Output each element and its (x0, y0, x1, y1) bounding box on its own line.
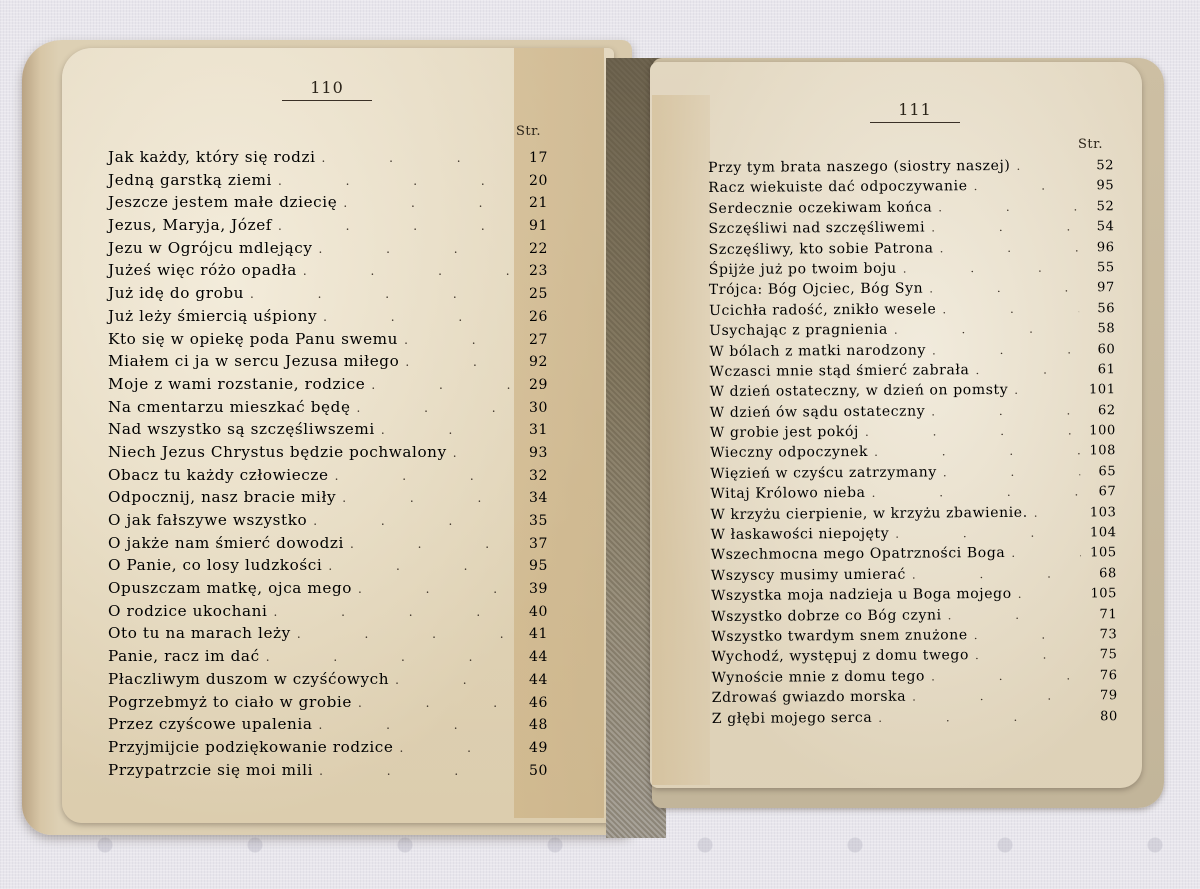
entry-title: O rodzice ukochani (108, 602, 268, 620)
entry-page-number: 97 (1085, 281, 1115, 296)
index-entry: Zdrowaś gwiazdo morska. . . . . . . . . … (712, 687, 1118, 710)
index-entry: Przez czyścowe upalenia. . . . . . . . .… (108, 715, 548, 738)
entry-page-number: 17 (522, 150, 548, 166)
entry-title: O jak fałszywe wszystko (108, 511, 307, 529)
index-entry: Witaj Królowo nieba. . . . . . . . . .67 (710, 483, 1116, 506)
index-entry: W dzień ów sądu ostateczny. . . . . . . … (710, 402, 1116, 425)
dot-leader: . . . . . . . . . . (975, 362, 1079, 377)
left-index-list: Jak każdy, który się rodzi. . . . . . . … (108, 148, 548, 783)
entry-page-number: 62 (1086, 403, 1116, 418)
entry-title: Już leży śmiercią uśpiony (108, 307, 317, 325)
dot-leader: . . . . . . . . . . (297, 627, 516, 641)
index-entry: O jak fałszywe wszystko. . . . . . . . .… (108, 511, 548, 534)
entry-title: Panie, racz im dać (108, 647, 260, 665)
entry-title: Śpijże już po twoim boju (709, 261, 897, 278)
dot-leader: . . . . . . . . . . (381, 423, 516, 437)
dot-leader: . . . . . . . . . . (931, 668, 1082, 683)
index-entry: Moje z wami rozstanie, rodzice. . . . . … (108, 375, 548, 398)
index-entry: Jezus, Maryja, Józef. . . . . . . . . .9… (108, 216, 548, 239)
entry-title: Wychodź, występuj z domu twego (711, 648, 969, 666)
index-entry: Jedną garstką ziemi. . . . . . . . . .20 (108, 171, 548, 194)
index-entry: Przypatrzcie się moi mili. . . . . . . .… (108, 761, 548, 784)
dot-leader: . . . . . . . . . . (931, 403, 1080, 418)
dot-leader: . . . . . . . . . . (358, 582, 516, 596)
entry-title: Wczasci mnie stąd śmierć zabrała (709, 362, 969, 380)
entry-page-number: 101 (1086, 382, 1116, 397)
index-entry: Szczęśliwi nad szczęśliwemi. . . . . . .… (708, 218, 1114, 241)
index-entry: O Panie, co losy ludzkości. . . . . . . … (108, 556, 548, 579)
entry-title: Wynoście mnie z domu tego (712, 668, 926, 685)
entry-title: Odpocznij, nasz bracie miły (108, 488, 336, 506)
index-entry: W krzyżu cierpienie, w krzyżu zbawienie.… (710, 504, 1116, 527)
entry-page-number: 105 (1087, 546, 1117, 561)
entry-page-number: 48 (522, 717, 548, 733)
entry-title: Trójca: Bóg Ojciec, Bóg Syn (709, 281, 923, 298)
index-entry: Pogrzebmyż to ciało w grobie. . . . . . … (108, 693, 548, 716)
right-page-tape-strip (652, 95, 710, 785)
right-index-list: Przy tym brata naszego (siostry naszej).… (708, 157, 1118, 731)
index-entry: Śpijże już po twoim boju. . . . . . . . … (709, 259, 1115, 282)
dot-leader: . . . . . . . . . . (278, 174, 516, 188)
entry-page-number: 54 (1084, 219, 1114, 234)
dot-leader: . . . . . . . . . . (932, 342, 1079, 357)
entry-title: Racz wiekuiste dać odpoczywanie (708, 179, 967, 197)
index-entry: Płaczliwym duszom w czyśćowych. . . . . … (108, 670, 548, 693)
dot-leader: . . . . . . . . . . (400, 741, 517, 755)
entry-title: Kto się w opiekę poda Panu swemu (108, 330, 398, 348)
index-entry: Opuszczam matkę, ojca mego. . . . . . . … (108, 579, 548, 602)
dot-leader: . . . . . . . . . . (278, 219, 516, 233)
entry-title: Jużeś więc różo opadła (108, 261, 297, 279)
index-entry: O rodzice ukochani. . . . . . . . . .40 (108, 602, 548, 625)
left-page-number: 110 (282, 78, 372, 101)
index-entry: Racz wiekuiste dać odpoczywanie. . . . .… (708, 178, 1114, 201)
entry-page-number: 80 (1088, 709, 1118, 724)
dot-leader: . . . . . . . . . . (1011, 546, 1081, 560)
dot-leader: . . . . . . . . . . (975, 648, 1082, 663)
entry-page-number: 91 (522, 218, 548, 234)
entry-page-number: 26 (522, 309, 548, 325)
entry-title: Więzień w czyścu zatrzymany (710, 464, 937, 482)
entry-title: Niech Jezus Chrystus będzie pochwalony (108, 443, 447, 461)
dot-leader: . . . . . . . . . . (940, 240, 1079, 255)
dot-leader: . . . . . . . . . . (342, 491, 516, 505)
dot-leader: . . . . . . . . . . (313, 514, 516, 528)
entry-page-number: 96 (1085, 240, 1115, 255)
entry-title: Przy tym brata naszego (siostry naszej) (708, 158, 1011, 176)
entry-title: W grobie jest pokój (710, 424, 859, 441)
index-entry: Wszechmocna mego Opatrzności Boga. . . .… (711, 545, 1117, 568)
entry-page-number: 79 (1088, 688, 1118, 703)
entry-page-number: 75 (1087, 648, 1117, 663)
index-entry: Wynoście mnie z domu tego. . . . . . . .… (712, 667, 1118, 690)
entry-page-number: 32 (522, 468, 548, 484)
index-entry: Wszyscy musimy umierać. . . . . . . . . … (711, 565, 1117, 588)
entry-title: Witaj Królowo nieba (710, 485, 865, 502)
entry-title: Wszystka moja nadzieja u Boga mojego (711, 586, 1012, 604)
index-entry: Nad wszystko są szczęśliwszemi. . . . . … (108, 420, 548, 443)
entry-title: Ucichła radość, znikło wesele (709, 301, 936, 319)
dot-leader: . . . . . . . . . . (328, 559, 516, 573)
entry-title: Jezu w Ogrójcu mdlejący (108, 239, 313, 257)
entry-page-number: 31 (522, 422, 548, 438)
index-entry: Wczasci mnie stąd śmierć zabrała. . . . … (709, 361, 1115, 384)
index-entry: Miałem ci ja w sercu Jezusa miłego. . . … (108, 352, 548, 375)
entry-title: Szczęśliwy, kto sobie Patrona (709, 240, 934, 258)
entry-title: Jezus, Maryja, Józef (108, 216, 272, 234)
entry-page-number: 58 (1085, 321, 1115, 336)
entry-page-number: 27 (522, 332, 548, 348)
entry-page-number: 73 (1087, 627, 1117, 642)
entry-title: Płaczliwym duszom w czyśćowych (108, 670, 389, 688)
dot-leader: . . . . . . . . . . (303, 264, 516, 278)
entry-page-number: 95 (522, 558, 548, 574)
entry-page-number: 52 (1084, 158, 1114, 173)
index-entry: Jużeś więc różo opadła. . . . . . . . . … (108, 261, 548, 284)
index-entry: Już leży śmiercią uśpiony. . . . . . . .… (108, 307, 548, 330)
entry-page-number: 76 (1088, 668, 1118, 683)
entry-title: W krzyżu cierpienie, w krzyżu zbawienie. (710, 504, 1027, 522)
entry-title: W bólach z matki narodzony (709, 342, 926, 360)
entry-page-number: 67 (1086, 484, 1116, 499)
entry-title: W dzień ostateczny, w dzień on pomsty (710, 382, 1009, 400)
dot-leader: . . . . . . . . . . (1014, 383, 1080, 397)
dot-leader: . . . . . . . . . . (404, 333, 516, 347)
entry-title: O jakże nam śmierć dowodzi (108, 534, 344, 552)
dot-leader: . . . . . . . . . . (358, 696, 516, 710)
dot-leader: . . . . . . . . . . (912, 566, 1081, 581)
entry-title: Zdrowaś gwiazdo morska (712, 689, 906, 706)
dot-leader: . . . . . . . . . . (453, 446, 516, 460)
entry-page-number: 30 (522, 400, 548, 416)
index-entry: Szczęśliwy, kto sobie Patrona. . . . . .… (709, 239, 1115, 262)
index-entry: Wychodź, występuj z domu twego. . . . . … (711, 647, 1117, 670)
entry-page-number: 39 (522, 581, 548, 597)
index-entry: Przy tym brata naszego (siostry naszej).… (708, 157, 1114, 180)
entry-title: Usychając z pragnienia (709, 322, 888, 339)
entry-page-number: 95 (1084, 179, 1114, 194)
dot-leader: . . . . . . . . . . (974, 627, 1082, 642)
dot-leader: . . . . . . . . . . (322, 151, 516, 165)
entry-title: Moje z wami rozstanie, rodzice (108, 375, 365, 393)
entry-page-number: 108 (1086, 444, 1116, 459)
dot-leader: . . . . . . . . . . (1016, 158, 1078, 172)
index-entry: Trójca: Bóg Ojciec, Bóg Syn. . . . . . .… (709, 280, 1115, 303)
entry-title: W łaskawości niepojęty (711, 526, 890, 543)
dot-leader: . . . . . . . . . . (319, 764, 516, 778)
entry-title: O Panie, co losy ludzkości (108, 556, 322, 574)
entry-page-number: 65 (1086, 464, 1116, 479)
dot-leader: . . . . . . . . . . (974, 179, 1079, 194)
entry-page-number: 44 (522, 672, 548, 688)
entry-title: Wszystko dobrze co Bóg czyni (711, 607, 942, 625)
entry-page-number: 93 (522, 445, 548, 461)
right-column-header: Str. (1078, 137, 1103, 152)
dot-leader: . . . . . . . . . . (895, 525, 1080, 540)
dot-leader: . . . . . . . . . . (931, 220, 1078, 235)
index-entry: Jezu w Ogrójcu mdlejący. . . . . . . . .… (108, 239, 548, 262)
entry-title: W dzień ów sądu ostateczny (710, 403, 926, 421)
entry-page-number: 103 (1086, 505, 1116, 520)
entry-page-number: 23 (522, 263, 548, 279)
entry-page-number: 22 (522, 241, 548, 257)
dot-leader: . . . . . . . . . . (948, 607, 1082, 622)
entry-page-number: 29 (522, 377, 548, 393)
entry-page-number: 35 (522, 513, 548, 529)
entry-page-number: 55 (1085, 260, 1115, 275)
entry-page-number: 56 (1085, 301, 1115, 316)
entry-page-number: 71 (1087, 607, 1117, 622)
entry-title: Wszechmocna mego Opatrzności Boga (711, 545, 1006, 563)
entry-title: Nad wszystko są szczęśliwszemi (108, 420, 375, 438)
entry-page-number: 61 (1085, 362, 1115, 377)
dot-leader: . . . . . . . . . . (319, 718, 516, 732)
left-column-header: Str. (516, 124, 541, 139)
entry-title: Miałem ci ja w sercu Jezusa miłego (108, 352, 399, 370)
entry-page-number: 46 (522, 695, 548, 711)
index-entry: Kto się w opiekę poda Panu swemu. . . . … (108, 330, 548, 353)
dot-leader: . . . . . . . . . . (943, 464, 1080, 479)
index-entry: Więzień w czyścu zatrzymany. . . . . . .… (710, 463, 1116, 486)
index-entry: W łaskawości niepojęty. . . . . . . . . … (711, 524, 1117, 547)
index-entry: Na cmentarzu mieszkać będę. . . . . . . … (108, 398, 548, 421)
dot-leader: . . . . . . . . . . (319, 242, 516, 256)
index-entry: Wszystko dobrze co Bóg czyni. . . . . . … (711, 606, 1117, 629)
dot-leader: . . . . . . . . . . (1018, 587, 1081, 601)
entry-page-number: 25 (522, 286, 548, 302)
dot-leader: . . . . . . . . . . (357, 401, 516, 415)
entry-title: Wszystko twardym snem znużone (711, 627, 968, 645)
entry-title: Z głębi mojego serca (712, 709, 872, 726)
entry-title: Jak każdy, który się rodzi (108, 148, 316, 166)
entry-page-number: 52 (1084, 199, 1114, 214)
index-entry: Usychając z pragnienia. . . . . . . . . … (709, 320, 1115, 343)
entry-page-number: 20 (522, 173, 548, 189)
dot-leader: . . . . . . . . . . (872, 485, 1081, 500)
dot-leader: . . . . . . . . . . (938, 199, 1078, 214)
entry-title: Przyjmijcie podziękowanie rodzice (108, 738, 394, 756)
dot-leader: . . . . . . . . . . (912, 689, 1082, 704)
dot-leader: . . . . . . . . . . (343, 196, 516, 210)
entry-page-number: 50 (522, 763, 548, 779)
entry-title: Pogrzebmyż to ciało w grobie (108, 693, 352, 711)
entry-page-number: 41 (522, 626, 548, 642)
index-entry: Jak każdy, który się rodzi. . . . . . . … (108, 148, 548, 171)
entry-title: Na cmentarzu mieszkać będę (108, 398, 351, 416)
index-entry: W bólach z matki narodzony. . . . . . . … (709, 341, 1115, 364)
dot-leader: . . . . . . . . . . (250, 287, 516, 301)
dot-leader: . . . . . . . . . . (371, 378, 516, 392)
dot-leader: . . . . . . . . . . (274, 605, 517, 619)
dot-leader: . . . . . . . . . . (942, 301, 1079, 316)
entry-title: Obacz tu każdy człowiecze (108, 466, 329, 484)
dot-leader: . . . . . . . . . . (878, 709, 1082, 724)
index-entry: Obacz tu każdy człowiecze. . . . . . . .… (108, 466, 548, 489)
entry-page-number: 100 (1086, 423, 1116, 438)
entry-page-number: 44 (522, 649, 548, 665)
index-entry: Wszystko twardym snem znużone. . . . . .… (711, 626, 1117, 649)
index-entry: Ucichła radość, znikło wesele. . . . . .… (709, 300, 1115, 323)
dot-leader: . . . . . . . . . . (894, 322, 1079, 337)
entry-title: Jedną garstką ziemi (108, 171, 272, 189)
index-entry: W grobie jest pokój. . . . . . . . . .10… (710, 422, 1116, 445)
entry-title: Już idę do grobu (108, 284, 244, 302)
entry-page-number: 104 (1087, 525, 1117, 540)
entry-page-number: 37 (522, 536, 548, 552)
dot-leader: . . . . . . . . . . (903, 260, 1079, 275)
dot-leader: . . . . . . . . . . (266, 650, 516, 664)
entry-page-number: 21 (522, 195, 548, 211)
dot-leader: . . . . . . . . . . (929, 281, 1079, 296)
right-page-number: 111 (870, 100, 960, 123)
entry-title: Opuszczam matkę, ojca mego (108, 579, 352, 597)
dot-leader: . . . . . . . . . . (323, 310, 516, 324)
index-entry: Serdecznie oczekiwam końca. . . . . . . … (708, 198, 1114, 221)
entry-title: Serdecznie oczekiwam końca (708, 199, 932, 217)
entry-page-number: 92 (522, 354, 548, 370)
index-entry: Z głębi mojego serca. . . . . . . . . .8… (712, 708, 1118, 731)
dot-leader: . . . . . . . . . . (395, 673, 516, 687)
index-entry: Już idę do grobu. . . . . . . . . .25 (108, 284, 548, 307)
index-entry: O jakże nam śmierć dowodzi. . . . . . . … (108, 534, 548, 557)
entry-title: Wieczny odpoczynek (710, 444, 868, 461)
dot-leader: . . . . . . . . . . (405, 355, 516, 369)
entry-page-number: 60 (1085, 342, 1115, 357)
index-entry: Panie, racz im dać. . . . . . . . . .44 (108, 647, 548, 670)
index-entry: Oto tu na marach leży. . . . . . . . . .… (108, 624, 548, 647)
index-entry: Wszystka moja nadzieja u Boga mojego. . … (711, 585, 1117, 608)
index-entry: Wieczny odpoczynek. . . . . . . . . .108 (710, 443, 1116, 466)
dot-leader: . . . . . . . . . . (874, 444, 1080, 459)
entry-title: Jeszcze jestem małe dziecię (108, 193, 337, 211)
index-entry: Niech Jezus Chrystus będzie pochwalony. … (108, 443, 548, 466)
entry-title: Przypatrzcie się moi mili (108, 761, 313, 779)
dot-leader: . . . . . . . . . . (1034, 505, 1081, 519)
entry-title: Wszyscy musimy umierać (711, 566, 906, 583)
entry-page-number: 40 (522, 604, 548, 620)
entry-title: Oto tu na marach leży (108, 624, 291, 642)
index-entry: Jeszcze jestem małe dziecię. . . . . . .… (108, 193, 548, 216)
dot-leader: . . . . . . . . . . (335, 469, 516, 483)
dot-leader: . . . . . . . . . . (865, 423, 1080, 439)
index-entry: W dzień ostateczny, w dzień on pomsty. .… (710, 381, 1116, 404)
entry-page-number: 49 (522, 740, 548, 756)
index-entry: Przyjmijcie podziękowanie rodzice. . . .… (108, 738, 548, 761)
index-entry: Odpocznij, nasz bracie miły. . . . . . .… (108, 488, 548, 511)
entry-page-number: 34 (522, 490, 548, 506)
entry-page-number: 105 (1087, 586, 1117, 601)
entry-page-number: 68 (1087, 566, 1117, 581)
entry-title: Przez czyścowe upalenia (108, 715, 313, 733)
entry-title: Szczęśliwi nad szczęśliwemi (708, 220, 925, 238)
dot-leader: . . . . . . . . . . (350, 537, 516, 551)
